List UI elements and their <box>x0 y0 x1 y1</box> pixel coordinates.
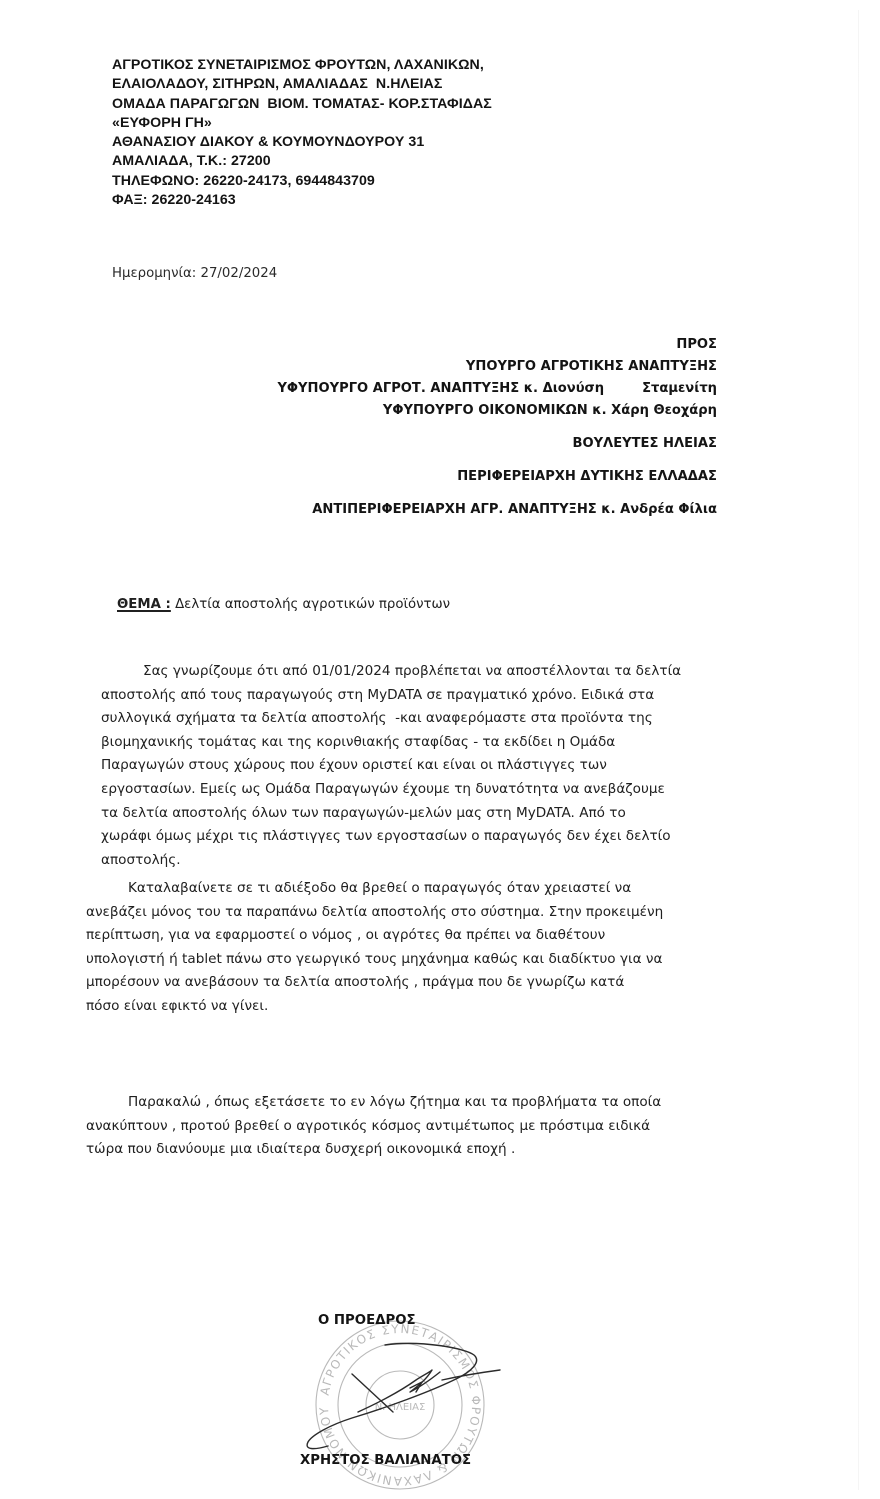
sender-city: ΑΜΑΛΙΑΔΑ, Τ.Κ.: 27200 <box>112 152 492 171</box>
paragraph-line: αποστολής. <box>101 849 681 873</box>
paragraph-line: εργοστασίων. Εμείς ως Ομάδα Παραγωγών έχ… <box>101 778 681 802</box>
paragraph-line: Παραγωγών στους χώρους που έχουν οριστεί… <box>101 754 681 778</box>
recipient-line-part: ΥΦΥΠΟΥΡΓΟ ΑΓΡΟΤ. ΑΝΑΠΤΥΞΗΣ κ. Διονύση <box>277 381 604 396</box>
body-paragraph-1: Σας γνωρίζουμε ότι από 01/01/2024 προβλέ… <box>101 660 681 872</box>
sender-line: ΑΓΡΟΤΙΚΟΣ ΣΥΝΕΤΑΙΡΙΣΜΟΣ ΦΡΟΥΤΩΝ, ΛΑΧΑΝΙΚ… <box>112 56 492 75</box>
recipient-line: ΑΝΤΙΠΕΡΙΦΕΡΕΙΑΡΧΗ ΑΓΡ. ΑΝΑΠΤΥΞΗΣ κ. Ανδρ… <box>277 499 717 521</box>
sender-fax: ΦΑΞ: 26220-24163 <box>112 191 492 210</box>
date-value: 27/02/2024 <box>201 266 278 281</box>
recipient-line: ΒΟΥΛΕΥΤΕΣ ΗΛΕΙΑΣ <box>277 433 717 455</box>
stamp-center-text: Ν. ΗΛΕΙΑΣ <box>375 1402 426 1413</box>
paragraph-line: υπολογιστή ή tablet πάνω στο γεωργικό το… <box>86 948 663 972</box>
recipient-line: ΠΕΡΙΦΕΡΕΙΑΡΧΗ ΔΥΤΙΚΗΣ ΕΛΛΑΔΑΣ <box>277 466 717 488</box>
paragraph-line: βιομηχανικής τομάτας και της κορινθιακής… <box>101 731 681 755</box>
paragraph-line: ανεβάζει μόνος του τα παραπάνω δελτία απ… <box>86 901 663 925</box>
document-date: Ημερομηνία: 27/02/2024 <box>112 266 277 281</box>
scan-edge-line <box>858 10 859 1490</box>
paragraph-line: Παρακαλώ , όπως εξετάσετε το εν λόγω ζήτ… <box>128 1094 661 1110</box>
paragraph-line: Σας γνωρίζουμε ότι από 01/01/2024 προβλέ… <box>143 663 681 679</box>
paragraph-line: περίπτωση, για να εφαρμοστεί ο νόμος , ο… <box>86 924 663 948</box>
subject-text: Δελτία αποστολής αγροτικών προϊόντων <box>171 597 450 612</box>
paragraph-line: αποστολής από τους παραγωγούς στη MyDATA… <box>101 684 681 708</box>
body-paragraph-2: Καταλαβαίνετε σε τι αδιέξοδο θα βρεθεί ο… <box>86 877 663 1019</box>
paragraph-line: τα δελτία αποστολής όλων των παραγωγών-μ… <box>101 802 681 826</box>
paragraph-line: πόσο είναι εφικτό να γίνει. <box>86 995 663 1019</box>
subject-label: ΘΕΜΑ : <box>117 597 171 612</box>
sender-line: ΟΜΑΔΑ ΠΑΡΑΓΩΓΩΝ ΒΙΟΜ. ΤΟΜΑΤΑΣ- ΚΟΡ.ΣΤΑΦΙ… <box>112 95 492 114</box>
recipient-line-part: Σταμενίτη <box>642 381 717 396</box>
subject-line: ΘΕΜΑ : Δελτία αποστολής αγροτικών προϊόν… <box>117 597 450 612</box>
sender-line: «ΕΥΦΟΡΗ ΓΗ» <box>112 114 492 133</box>
paragraph-line: τώρα που διανύουμε μια ιδιαίτερα δυσχερή… <box>86 1138 661 1162</box>
paragraph-line: ανακύπτουν , προτού βρεθεί ο αγροτικός κ… <box>86 1115 661 1139</box>
paragraph-line: συλλογικά σχήματα τα δελτία αποστολής -κ… <box>101 707 681 731</box>
recipient-line: ΥΦΥΠΟΥΡΓΟ ΟΙΚΟΝΟΜΙΚΩΝ κ. Χάρη Θεοχάρη <box>277 400 717 422</box>
signature-block: Ο ΠΡΟΕΔΡΟΣ ΑΓΡΟΤΙΚΟΣ ΣΥΝΕΤΑΙΡΙΣΜΟΣ ΦΡΟΥΤ… <box>290 1300 510 1490</box>
sender-line: ΕΛΑΙΟΛΑΔΟΥ, ΣΙΤΗΡΩΝ, ΑΜΑΛΙΑΔΑΣ Ν.ΗΛΕΙΑΣ <box>112 75 492 94</box>
sender-address: ΑΘΑΝΑΣΙΟΥ ΔΙΑΚΟΥ & ΚΟΥΜΟΥΝΔΟΥΡΟΥ 31 <box>112 133 492 152</box>
date-label: Ημερομηνία: <box>112 266 196 281</box>
paragraph-line: Καταλαβαίνετε σε τι αδιέξοδο θα βρεθεί ο… <box>128 880 631 896</box>
recipient-line: ΥΦΥΠΟΥΡΓΟ ΑΓΡΟΤ. ΑΝΑΠΤΥΞΗΣ κ. ΔιονύσηΣτα… <box>277 378 717 400</box>
sender-letterhead: ΑΓΡΟΤΙΚΟΣ ΣΥΝΕΤΑΙΡΙΣΜΟΣ ΦΡΟΥΤΩΝ, ΛΑΧΑΝΙΚ… <box>112 56 492 210</box>
paragraph-line: χωράφι όμως μέχρι τις πλάστιγγες των εργ… <box>101 825 681 849</box>
sender-phone: ΤΗΛΕΦΩΝΟ: 26220-24173, 6944843709 <box>112 172 492 191</box>
body-paragraph-3: Παρακαλώ , όπως εξετάσετε το εν λόγω ζήτ… <box>86 1091 661 1162</box>
recipients-heading: ΠΡΟΣ <box>277 334 717 356</box>
paragraph-line: μπορέσουν να ανεβάσουν τα δελτία αποστολ… <box>86 971 663 995</box>
signatory-title: Ο ΠΡΟΕΔΡΟΣ <box>318 1313 416 1328</box>
recipients-block: ΠΡΟΣ ΥΠΟΥΡΓΟ ΑΓΡΟΤΙΚΗΣ ΑΝΑΠΤΥΞΗΣ ΥΦΥΠΟΥΡ… <box>277 334 717 521</box>
signatory-name: ΧΡΗΣΤΟΣ ΒΑΛΙΑΝΑΤΟΣ <box>300 1453 471 1468</box>
recipient-line: ΥΠΟΥΡΓΟ ΑΓΡΟΤΙΚΗΣ ΑΝΑΠΤΥΞΗΣ <box>277 356 717 378</box>
